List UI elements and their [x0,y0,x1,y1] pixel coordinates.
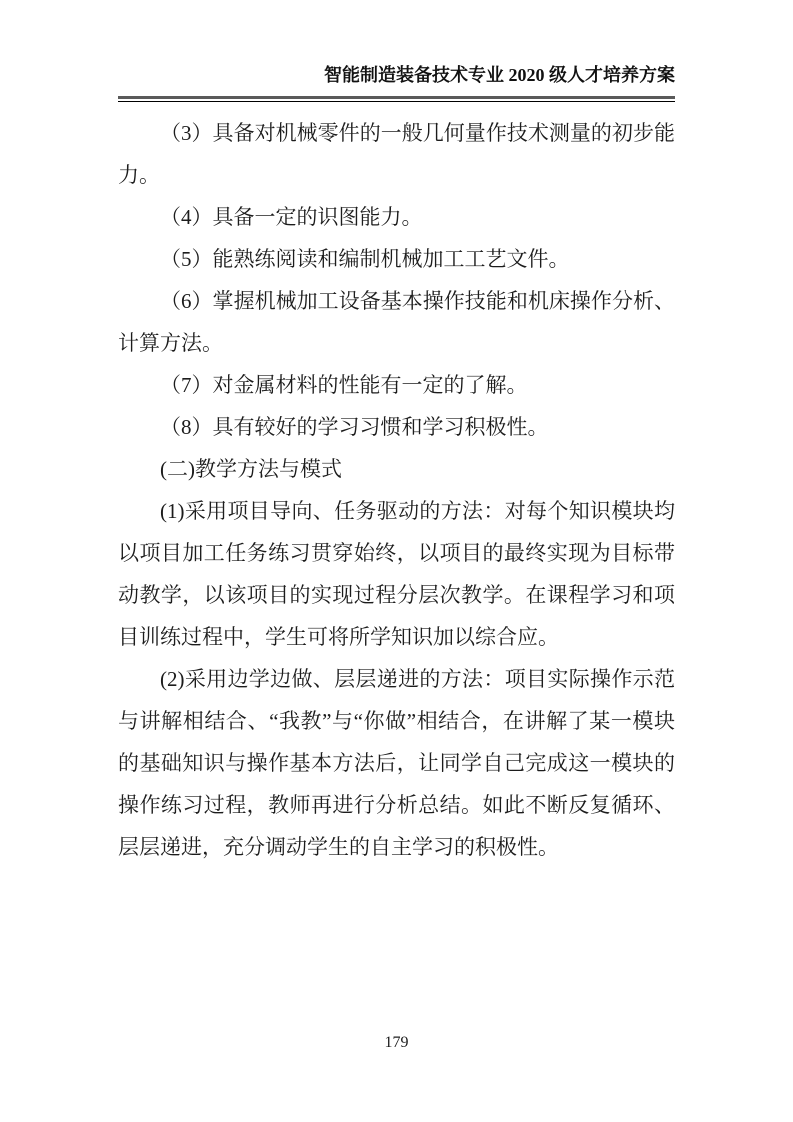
header-title: 智能制造装备技术专业 2020 级人才培养方案 [118,62,675,88]
list-item-5: （5）能熟练阅读和编制机械加工工艺文件。 [118,238,675,280]
paragraph-method-2: (2)采用边学边做、层层递进的方法：项目实际操作示范与讲解相结合、“我教”与“你… [118,658,675,868]
list-item-3: （3）具备对机械零件的一般几何量作技术测量的初步能力。 [118,112,675,196]
header-rule-thin-line [118,101,675,102]
paragraph-method-1: (1)采用项目导向、任务驱动的方法：对每个知识模块均以项目加工任务练习贯穿始终，… [118,490,675,658]
page-number: 179 [385,1034,409,1051]
document-body: （3）具备对机械零件的一般几何量作技术测量的初步能力。 （4）具备一定的识图能力… [118,112,675,868]
section-heading: (二)教学方法与模式 [118,448,675,490]
page-footer: 179 [0,1032,793,1054]
document-page: 智能制造装备技术专业 2020 级人才培养方案 （3）具备对机械零件的一般几何量… [0,0,793,1122]
list-item-4: （4）具备一定的识图能力。 [118,196,675,238]
list-item-6: （6）掌握机械加工设备基本操作技能和机床操作分析、计算方法。 [118,280,675,364]
list-item-8: （8）具有较好的学习习惯和学习积极性。 [118,406,675,448]
page-header: 智能制造装备技术专业 2020 级人才培养方案 [118,62,675,88]
header-rule [118,96,675,102]
list-item-7: （7）对金属材料的性能有一定的了解。 [118,364,675,406]
